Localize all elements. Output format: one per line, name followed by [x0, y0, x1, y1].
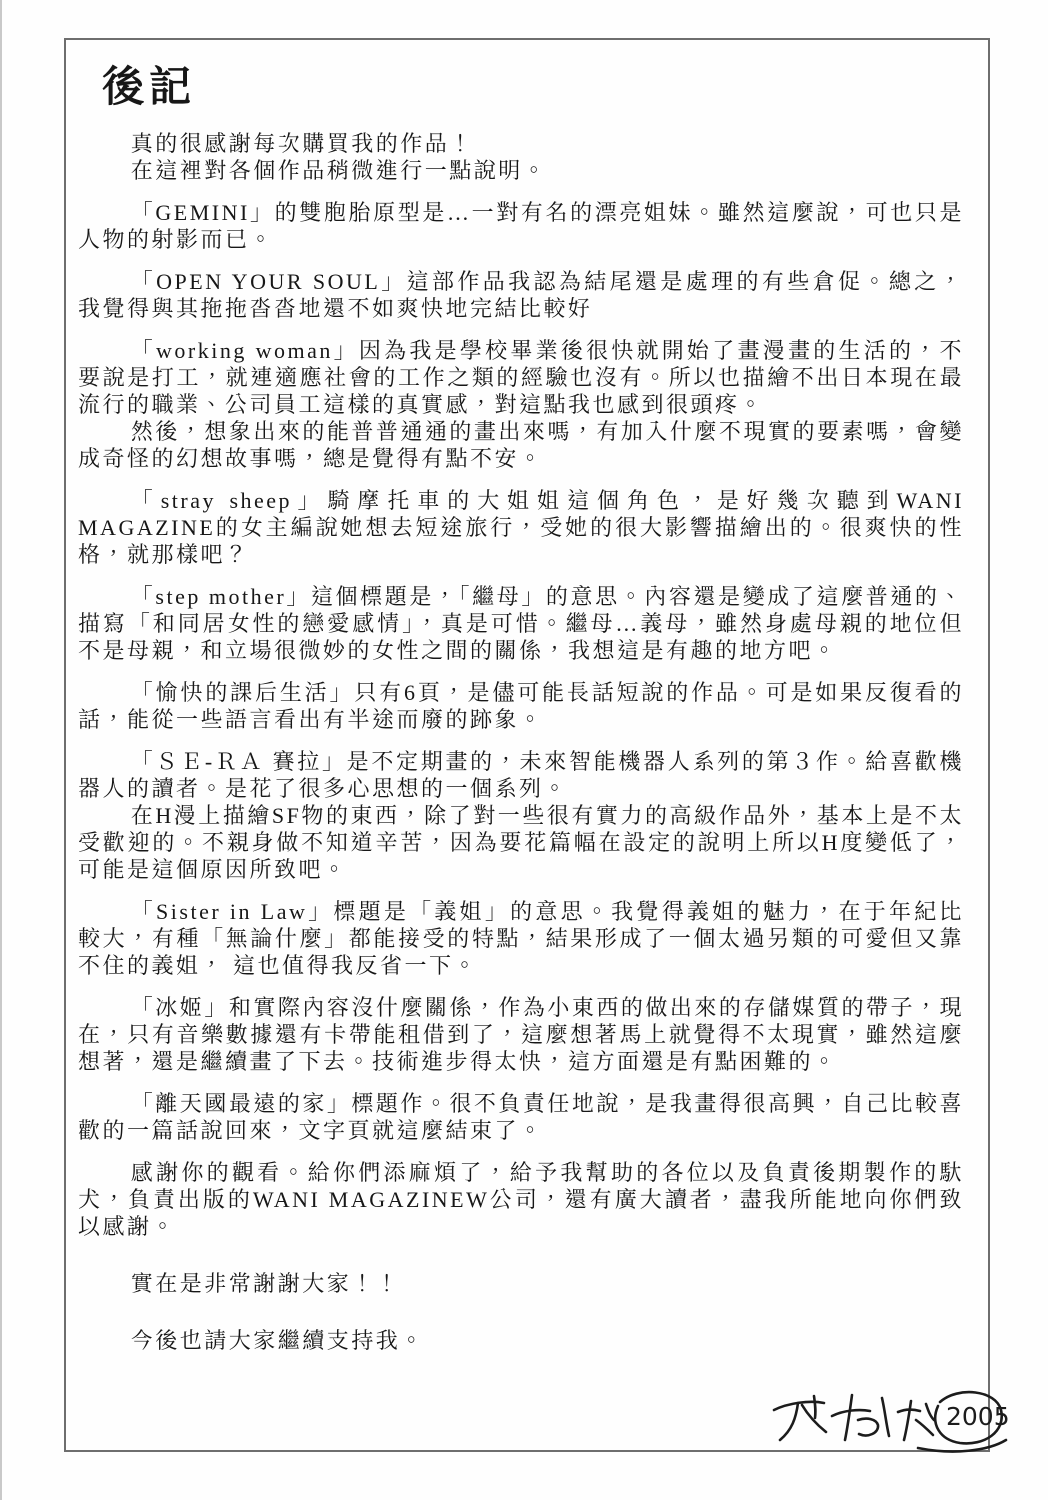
- paragraph: 「離天國最遠的家」標題作。很不負責任地說，是我畫得很高興，自己比較喜歡的一篇話說…: [78, 1090, 964, 1144]
- paragraph: 在H漫上描繪SF物的東西，除了對一些很有實力的高級作品外，基本上是不太受歡迎的。…: [78, 802, 964, 883]
- paragraph: 然後，想象出來的能普普通通的畫出來嗎，有加入什麼不現實的要素嗎，會變成奇怪的幻想…: [78, 418, 964, 472]
- signature-stroke: [926, 1404, 934, 1420]
- paragraph: 「OPEN YOUR SOUL」這部作品我認為結尾還是處理的有些倉促。總之，我覺…: [78, 268, 964, 322]
- scan-edge-artifact: [0, 0, 2, 1500]
- signature-underline: [918, 1440, 1006, 1451]
- signature-stroke: [916, 1420, 933, 1435]
- text-section: 「ＳＥ-ＲＡ 賽拉」是不定期畫的，未來智能機器人系列的第３作。給喜歡機器人的讀者…: [78, 748, 964, 883]
- handwritten-signature: 2005.: [768, 1380, 1012, 1460]
- paragraph: 「step mother」這個標題是，「繼母」的意思。內容還是變成了這麼普通的、…: [78, 583, 964, 664]
- text-section: 「愉快的課后生活」只有6頁，是儘可能長話短說的作品。可是如果反復看的話，能從一些…: [78, 679, 964, 733]
- signature-stroke: [845, 1395, 852, 1440]
- paragraph: 實在是非常謝謝大家！！: [78, 1270, 964, 1297]
- paragraph: 「Sister in Law」標題是「義姐」的意思。我覺得義姐的魅力，在于年紀比…: [78, 898, 964, 979]
- signature-stroke: [882, 1398, 889, 1436]
- text-section: 「OPEN YOUR SOUL」這部作品我認為結尾還是處理的有些倉促。總之，我覺…: [78, 268, 964, 322]
- paragraph: 今後也請大家繼續支持我。: [78, 1327, 964, 1354]
- text-section: 「離天國最遠的家」標題作。很不負責任地說，是我畫得很高興，自己比較喜歡的一篇話說…: [78, 1090, 964, 1144]
- paragraph: 「愉快的課后生活」只有6頁，是儘可能長話短說的作品。可是如果反復看的話，能從一些…: [78, 679, 964, 733]
- text-section: 今後也請大家繼續支持我。: [78, 1327, 964, 1354]
- text-section: 「step mother」這個標題是，「繼母」的意思。內容還是變成了這麼普通的、…: [78, 583, 964, 664]
- text-section: 「冰姬」和實際內容沒什麼關係，作為小東西的做出來的存儲媒質的帶子，現在，只有音樂…: [78, 994, 964, 1075]
- text-section: 「stray sheep」騎摩托車的大姐姐這個角色，是好幾次聽到WANI MAG…: [78, 487, 964, 568]
- paragraph: 感謝你的觀看。給你們添麻煩了，給予我幫助的各位以及負責後期製作的馱犬，負責出版的…: [78, 1159, 964, 1240]
- signature-stroke: [814, 1396, 815, 1418]
- text-section: 感謝你的觀看。給你們添麻煩了，給予我幫助的各位以及負責後期製作的馱犬，負責出版的…: [78, 1159, 964, 1240]
- text-section: 實在是非常謝謝大家！！: [78, 1270, 964, 1297]
- paragraph: 「GEMINI」的雙胞胎原型是…一對有名的漂亮姐妹。雖然這麼說，可也只是人物的射…: [78, 199, 964, 253]
- paragraph: 「冰姬」和實際內容沒什麼關係，作為小東西的做出來的存儲媒質的帶子，現在，只有音樂…: [78, 994, 964, 1075]
- signature-stroke: [780, 1403, 798, 1440]
- page-title: 後記: [102, 64, 964, 110]
- paragraph: 「ＳＥ-ＲＡ 賽拉」是不定期畫的，未來智能機器人系列的第３作。給喜歡機器人的讀者…: [78, 748, 964, 802]
- page: 後記 真的很感謝每次購買我的作品！在這裡對各個作品稍微進行一點說明。「GEMIN…: [0, 0, 1048, 1500]
- text-section: 「Sister in Law」標題是「義姐」的意思。我覺得義姐的魅力，在于年紀比…: [78, 898, 964, 979]
- paragraph: 在這裡對各個作品稍微進行一點說明。: [78, 157, 964, 184]
- page-border-frame: 後記 真的很感謝每次購買我的作品！在這裡對各個作品稍微進行一點說明。「GEMIN…: [64, 38, 990, 1452]
- text-section: 真的很感謝每次購買我的作品！在這裡對各個作品稍微進行一點說明。: [78, 130, 964, 184]
- paragraph: 「stray sheep」騎摩托車的大姐姐這個角色，是好幾次聽到WANI MAG…: [78, 487, 964, 568]
- signature-stroke: [904, 1401, 911, 1440]
- signature-stroke: [858, 1419, 878, 1436]
- signature-year: 2005.: [946, 1402, 1012, 1431]
- paragraph: 真的很感謝每次購買我的作品！: [78, 130, 964, 157]
- afterword-body: 真的很感謝每次購買我的作品！在這裡對各個作品稍微進行一點說明。「GEMINI」的…: [78, 130, 964, 1354]
- text-section: 「GEMINI」的雙胞胎原型是…一對有名的漂亮姐妹。雖然這麼說，可也只是人物的射…: [78, 199, 964, 253]
- paragraph: 「working woman」因為我是學校畢業後很快就開始了畫漫畫的生活的，不要…: [78, 337, 964, 418]
- text-section: 「working woman」因為我是學校畢業後很快就開始了畫漫畫的生活的，不要…: [78, 337, 964, 472]
